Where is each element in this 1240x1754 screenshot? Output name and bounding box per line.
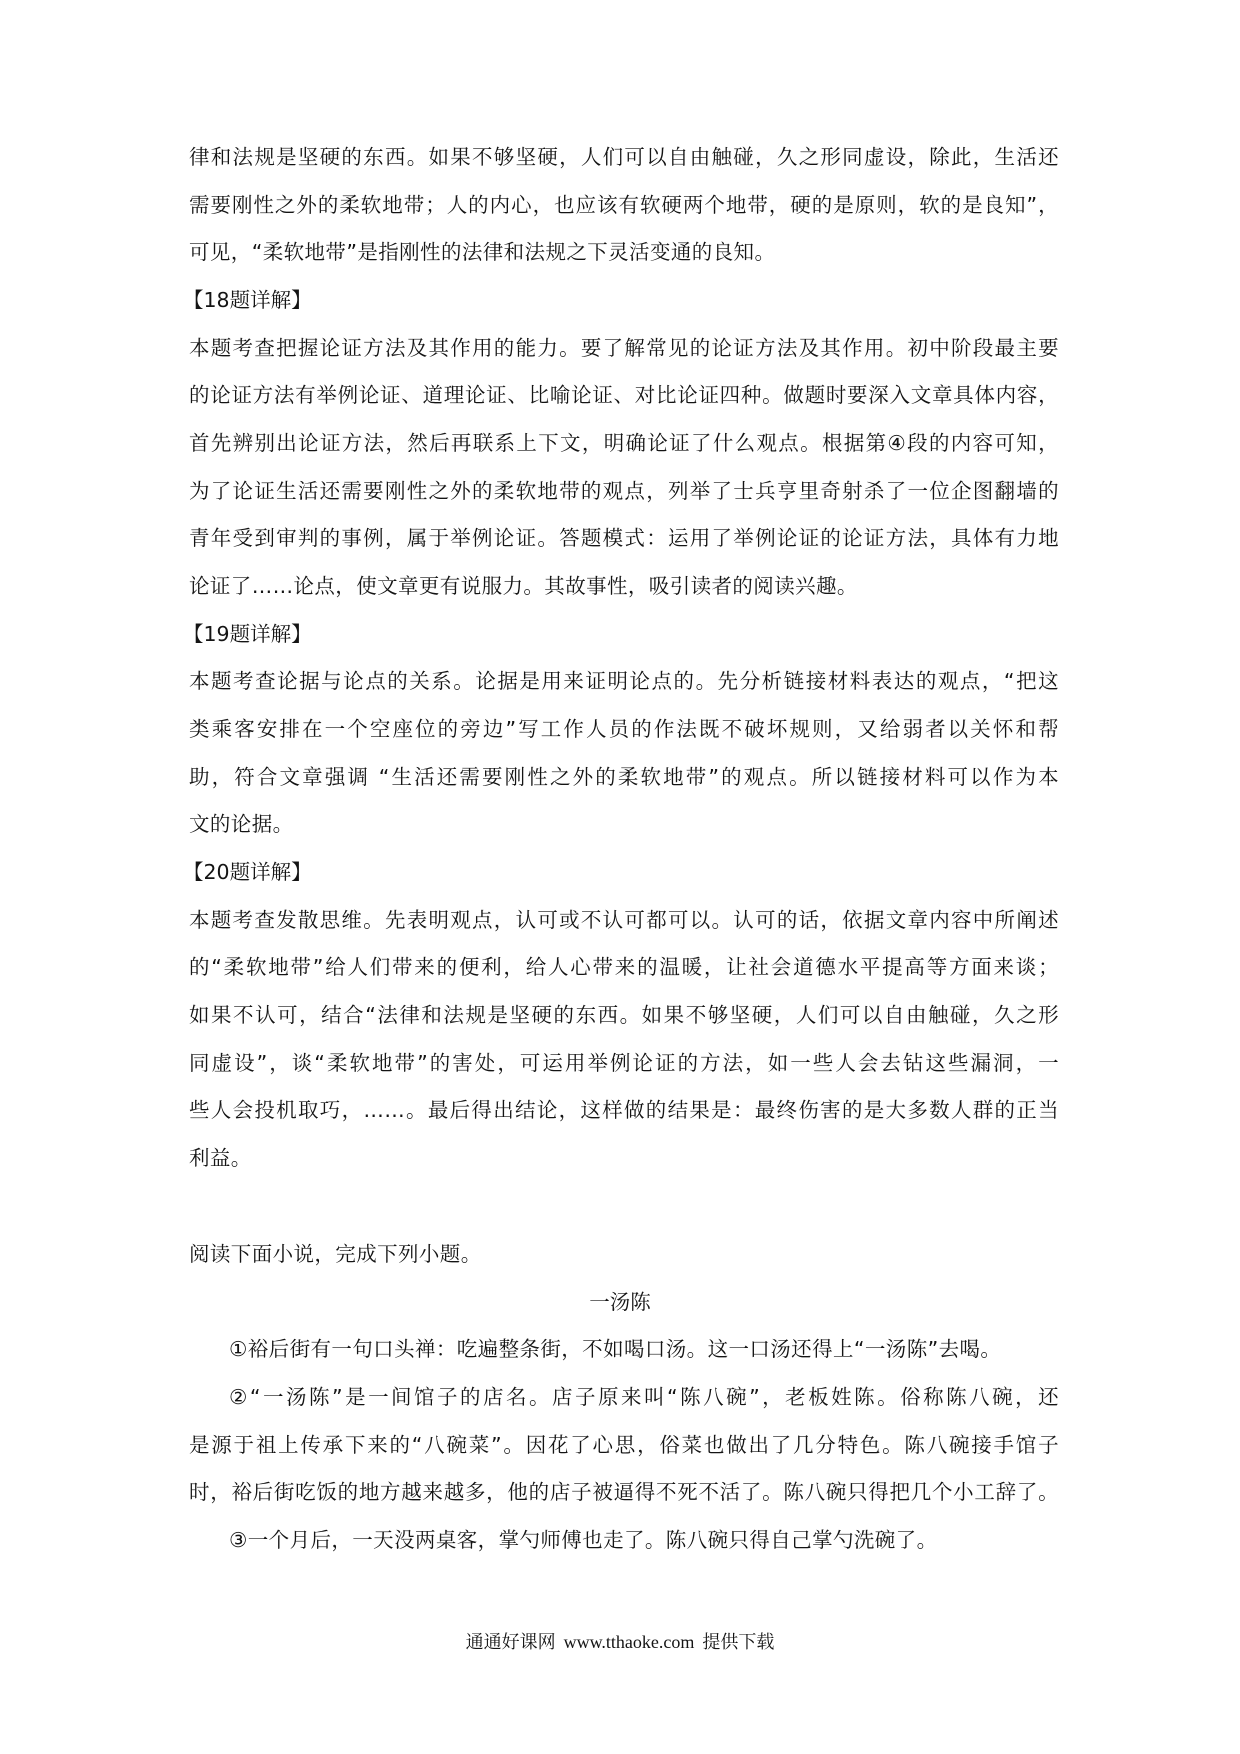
text-line: 论证了……论点，使文章更有说服力。其故事性，吸引读者的阅读兴趣。	[189, 572, 1059, 600]
text-line: ①裕后街有一句口头禅：吃遍整条街，不如喝口汤。这一口汤还得上“一汤陈”去喝。	[229, 1335, 1059, 1363]
document-page: 律和法规是坚硬的东西。如果不够坚硬，人们可以自由触碰，久之形同虚设，除此，生活还…	[0, 0, 1240, 1754]
text-line: 青年受到审判的事例，属于举例论证。答题模式：运用了举例论证的论证方法，具体有力地	[189, 524, 1059, 552]
text-line: 本题考查把握论证方法及其作用的能力。要了解常见的论证方法及其作用。初中阶段最主要	[189, 334, 1059, 362]
text-line: 是源于祖上传承下来的“八碗菜”。因花了心思，俗菜也做出了几分特色。陈八碗接手馆子	[189, 1431, 1059, 1459]
text-line: ③一个月后，一天没两桌客，掌勺师傅也走了。陈八碗只得自己掌勺洗碗了。	[229, 1526, 1059, 1554]
text-line: 时，裕后街吃饭的地方越来越多，他的店子被逼得不死不活了。陈八碗只得把几个小工辞了…	[189, 1478, 1059, 1506]
text-line: 律和法规是坚硬的东西。如果不够坚硬，人们可以自由触碰，久之形同虚设，除此，生活还	[189, 143, 1059, 171]
section-heading: 【18题详解】	[183, 286, 312, 314]
text-line: 同虚设”，谈“柔软地带”的害处，可运用举例论证的方法，如一些人会去钻这些漏洞，一	[189, 1049, 1059, 1077]
text-line: 为了论证生活还需要刚性之外的柔软地带的观点，列举了士兵亨里奇射杀了一位企图翻墙的	[189, 477, 1059, 505]
text-line: 可见，“柔软地带”是指刚性的法律和法规之下灵活变通的良知。	[189, 238, 1059, 266]
section-heading: 【20题详解】	[183, 858, 312, 886]
text-line: 文的论据。	[189, 810, 1059, 838]
section-heading: 【19题详解】	[183, 620, 312, 648]
footer-url[interactable]: www.tthaoke.com	[564, 1632, 695, 1652]
footer-site-name: 通通好课网	[466, 1632, 556, 1653]
text-line: 的“柔软地带”给人们带来的便利，给人心带来的温暖，让社会道德水平提高等方面来谈；	[189, 953, 1059, 981]
text-line: 些人会投机取巧，……。最后得出结论，这样做的结果是：最终伤害的是大多数人群的正当	[189, 1096, 1059, 1124]
text-line: 类乘客安排在一个空座位的旁边”写工作人员的作法既不破坏规则，又给弱者以关怀和帮	[189, 715, 1059, 743]
footer-suffix: 提供下载	[702, 1632, 774, 1653]
reading-instruction: 阅读下面小说，完成下列小题。	[189, 1240, 1059, 1268]
text-line: 首先辨别出论证方法，然后再联系上下文，明确论证了什么观点。根据第④段的内容可知，	[189, 429, 1059, 457]
story-title: 一汤陈	[0, 1288, 1240, 1316]
text-line: ②“一汤陈”是一间馆子的店名。店子原来叫“陈八碗”，老板姓陈。俗称陈八碗，还	[229, 1383, 1059, 1411]
text-line: 本题考查论据与论点的关系。论据是用来证明论点的。先分析链接材料表达的观点，“把这	[189, 667, 1059, 695]
page-footer: 通通好课网www.tthaoke.com提供下载	[0, 1630, 1240, 1655]
text-line: 助，符合文章强调 “生活还需要刚性之外的柔软地带”的观点。所以链接材料可以作为本	[189, 763, 1059, 791]
text-line: 本题考查发散思维。先表明观点，认可或不认可都可以。认可的话，依据文章内容中所阐述	[189, 906, 1059, 934]
text-line: 需要刚性之外的柔软地带；人的内心，也应该有软硬两个地带，硬的是原则，软的是良知”…	[189, 191, 1059, 219]
text-line: 如果不认可，结合“法律和法规是坚硬的东西。如果不够坚硬，人们可以自由触碰，久之形	[189, 1001, 1059, 1029]
text-line: 利益。	[189, 1144, 1059, 1172]
text-line: 的论证方法有举例论证、道理论证、比喻论证、对比论证四种。做题时要深入文章具体内容…	[189, 381, 1059, 409]
